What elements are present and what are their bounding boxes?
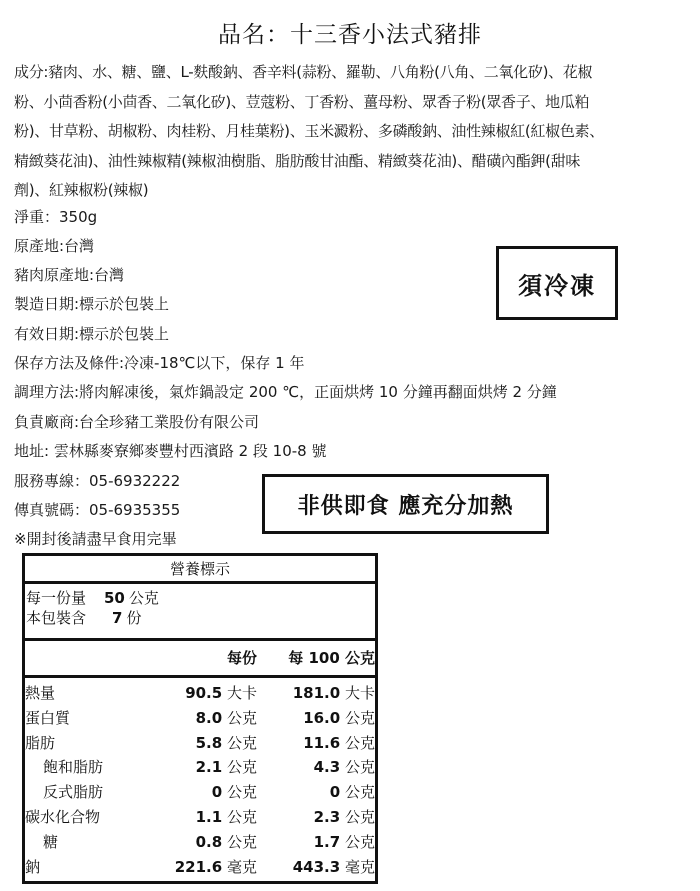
ingredients-text: 成分:豬肉、水、糖、鹽、L-麩酸鈉、香辛料(蒜粉、羅勒、八角粉(八角、二氧化矽)… <box>14 58 694 206</box>
nutrition-row: 糖0.8 公克1.7 公克 <box>25 830 375 855</box>
net-weight: 淨重：350g <box>14 206 97 227</box>
nutrient-name: 糖 <box>25 830 165 855</box>
per-100g-amount: 4.3 <box>314 758 341 776</box>
per-serving-value: 5.8 公克 <box>165 731 257 756</box>
per-100g-amount: 11.6 <box>303 734 340 752</box>
per-100g-unit: 毫克 <box>345 858 375 876</box>
per-serving-header: 每份 <box>165 647 257 668</box>
per-serving-value: 0.8 公克 <box>165 830 257 855</box>
per-serving-unit: 公克 <box>227 783 257 801</box>
servings-per-package-row: 本包裝含 7 份 <box>26 608 375 628</box>
nutrition-row: 脂肪5.8 公克11.6 公克 <box>25 731 375 756</box>
fax-number: 傳真號碼：05-6935355 <box>14 499 180 520</box>
per-serving-amount: 2.1 <box>196 758 223 776</box>
nutrition-header: 營養標示 <box>25 556 375 584</box>
per-serving-value: 2.1 公克 <box>165 755 257 780</box>
servings-unit: 份 <box>126 608 141 628</box>
manufacture-date: 製造日期:標示於包裝上 <box>14 293 169 314</box>
keep-frozen-stamp: 須冷凍 <box>496 246 618 320</box>
per-100g-unit: 公克 <box>345 808 375 826</box>
opening-notice: ※開封後請盡早食用完畢 <box>14 528 177 549</box>
expiry-date: 有效日期:標示於包裝上 <box>14 323 169 344</box>
per-serving-value: 221.6 毫克 <box>165 855 257 880</box>
per-serving-amount: 1.1 <box>196 808 223 826</box>
nutrient-name: 脂肪 <box>25 731 165 756</box>
per-100g-amount: 181.0 <box>293 684 340 702</box>
servings-label: 本包裝含 <box>26 608 112 628</box>
per-serving-value: 0 公克 <box>165 780 257 805</box>
address: 地址: 雲林縣麥寮鄉麥豐村西濱路 2 段 10-8 號 <box>14 440 326 461</box>
nutrient-name: 鈉 <box>25 855 165 880</box>
per-100g-header: 每 100 公克 <box>257 647 375 668</box>
per-100g-amount: 0 <box>330 783 340 801</box>
per-100g-value: 0 公克 <box>257 780 375 805</box>
per-100g-amount: 2.3 <box>314 808 341 826</box>
cooking-method: 調理方法:將肉解凍後，氣炸鍋設定 200 ℃，正面烘烤 10 分鐘再翻面烘烤 2… <box>14 381 557 402</box>
nutrition-row: 反式脂肪0 公克0 公克 <box>25 780 375 805</box>
nutrition-row: 碳水化合物1.1 公克2.3 公克 <box>25 805 375 830</box>
per-serving-unit: 公克 <box>227 808 257 826</box>
nutrition-facts-table: 營養標示 每一份量 50 公克 本包裝含 7 份 每份 每 100 公克 熱量9… <box>22 553 378 884</box>
per-100g-value: 11.6 公克 <box>257 731 375 756</box>
per-serving-amount: 90.5 <box>185 684 222 702</box>
per-serving-value: 8.0 公克 <box>165 706 257 731</box>
nutrient-name: 熱量 <box>25 681 165 706</box>
per-serving-amount: 0 <box>212 783 222 801</box>
per-100g-value: 443.3 毫克 <box>257 855 375 880</box>
ingredients-line: 粉、小茴香粉(小茴香、二氧化矽)、荳蔻粉、丁香粉、薑母粉、眾香子粉(眾香子、地瓜… <box>14 88 694 118</box>
storage-conditions: 保存方法及條件:冷凍-18℃以下，保存 1 年 <box>14 352 304 373</box>
per-100g-value: 1.7 公克 <box>257 830 375 855</box>
nutrition-rows: 熱量90.5 大卡181.0 大卡蛋白質8.0 公克16.0 公克脂肪5.8 公… <box>25 678 375 881</box>
per-100g-unit: 公克 <box>345 709 375 727</box>
ingredients-line: 精緻葵花油)、油性辣椒精(辣椒油樹脂、脂肪酸甘油酯、精緻葵花油)、醋磺內酯鉀(甜… <box>14 147 694 177</box>
per-100g-unit: 公克 <box>345 833 375 851</box>
per-serving-unit: 公克 <box>227 758 257 776</box>
per-serving-amount: 221.6 <box>175 858 222 876</box>
serving-size-label: 每一份量 <box>26 588 104 608</box>
per-100g-unit: 公克 <box>345 734 375 752</box>
per-serving-amount: 5.8 <box>196 734 223 752</box>
origin: 原產地:台灣 <box>14 235 94 256</box>
nutrition-row: 鈉221.6 毫克443.3 毫克 <box>25 855 375 880</box>
nutrition-row: 蛋白質8.0 公克16.0 公克 <box>25 706 375 731</box>
per-serving-unit: 公克 <box>227 734 257 752</box>
per-100g-amount: 16.0 <box>303 709 340 727</box>
per-serving-amount: 8.0 <box>196 709 223 727</box>
per-100g-value: 16.0 公克 <box>257 706 375 731</box>
nutrient-name: 飽和脂肪 <box>25 755 165 780</box>
serving-size-unit: 公克 <box>129 588 159 608</box>
ingredients-line: 粉)、甘草粉、胡椒粉、肉桂粉、月桂葉粉)、玉米澱粉、多磷酸鈉、油性辣椒紅(紅椒色… <box>14 117 694 147</box>
per-100g-unit: 大卡 <box>345 684 375 702</box>
per-100g-amount: 443.3 <box>293 858 340 876</box>
per-100g-value: 181.0 大卡 <box>257 681 375 706</box>
nutrient-name: 蛋白質 <box>25 706 165 731</box>
ingredients-line: 成分:豬肉、水、糖、鹽、L-麩酸鈉、香辛料(蒜粉、羅勒、八角粉(八角、二氧化矽)… <box>14 58 694 88</box>
nutrition-row: 飽和脂肪2.1 公克4.3 公克 <box>25 755 375 780</box>
per-100g-amount: 1.7 <box>314 833 341 851</box>
per-100g-unit: 公克 <box>345 758 375 776</box>
per-serving-unit: 公克 <box>227 709 257 727</box>
serving-size-value: 50 <box>104 588 125 608</box>
nutrition-row: 熱量90.5 大卡181.0 大卡 <box>25 681 375 706</box>
manufacturer: 負責廠商:台全珍豬工業股份有限公司 <box>14 411 259 432</box>
per-serving-value: 1.1 公克 <box>165 805 257 830</box>
per-serving-unit: 公克 <box>227 833 257 851</box>
product-title: 品名：十三香小法式豬排 <box>0 16 700 49</box>
pork-origin: 豬肉原產地:台灣 <box>14 264 124 285</box>
serving-size-row: 每一份量 50 公克 <box>26 588 375 608</box>
nutrition-column-headers: 每份 每 100 公克 <box>25 641 375 678</box>
ingredients-line: 劑)、紅辣椒粉(辣椒) <box>14 176 694 206</box>
serving-info: 每一份量 50 公克 本包裝含 7 份 <box>25 584 375 641</box>
per-100g-value: 4.3 公克 <box>257 755 375 780</box>
per-serving-amount: 0.8 <box>196 833 223 851</box>
nutrient-name: 反式脂肪 <box>25 780 165 805</box>
per-serving-value: 90.5 大卡 <box>165 681 257 706</box>
per-100g-unit: 公克 <box>345 783 375 801</box>
servings-value: 7 <box>112 608 122 628</box>
per-serving-unit: 大卡 <box>227 684 257 702</box>
cook-thoroughly-stamp: 非供即食 應充分加熱 <box>262 474 549 534</box>
nutrient-name: 碳水化合物 <box>25 805 165 830</box>
per-100g-value: 2.3 公克 <box>257 805 375 830</box>
per-serving-unit: 毫克 <box>227 858 257 876</box>
service-line: 服務專線：05-6932222 <box>14 470 180 491</box>
